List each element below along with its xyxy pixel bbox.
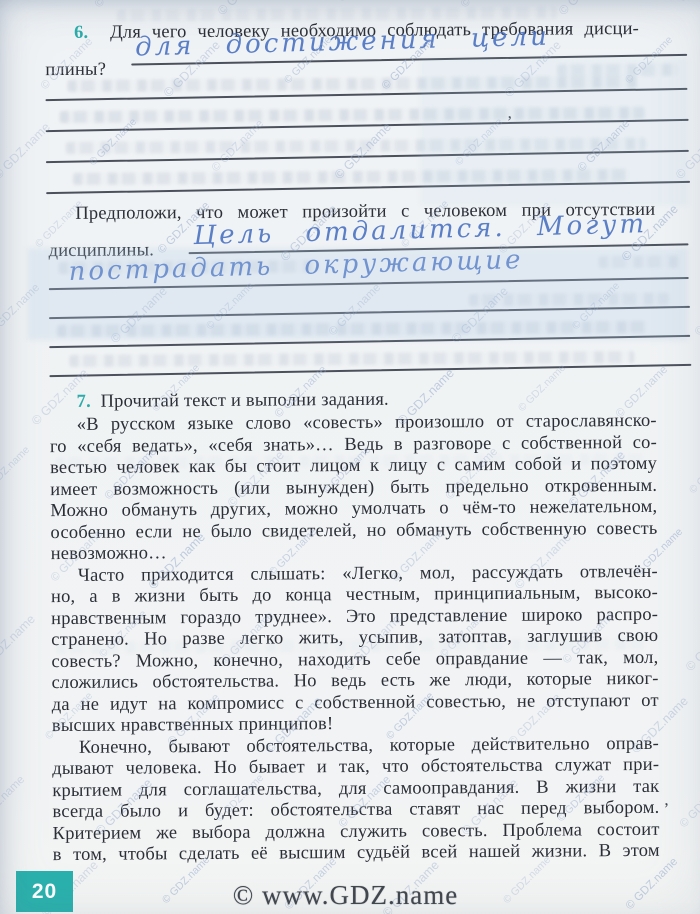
bleed-smudge <box>69 351 634 367</box>
workbook-page: 6. Для чего человеку необходимо соблюдат… <box>0 0 700 914</box>
question7-title: Прочитай текст и выполни задания. <box>100 390 388 412</box>
question7-number: 7. <box>77 392 91 412</box>
question6-number: 6. <box>74 23 88 43</box>
page-number-badge: 20 <box>16 871 73 912</box>
question7-header: 7. Прочитай текст и выполни задания. <box>50 390 389 413</box>
bleed-band <box>28 248 688 340</box>
ink-artifact: , <box>664 790 668 810</box>
bleed-band <box>420 58 688 206</box>
question7-text-block: «В русском языке слово «совесть» произош… <box>0 0 697 2</box>
page-number: 20 <box>32 880 57 904</box>
q7-para3-line6: в том, чтобы сделать её высшим судьёй вс… <box>53 841 660 866</box>
footer-watermark: © www.GDZ.name <box>233 880 458 911</box>
question6-line2: плины? <box>45 60 106 81</box>
